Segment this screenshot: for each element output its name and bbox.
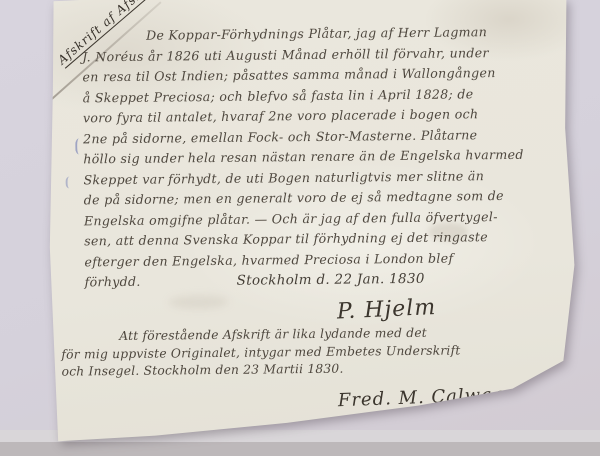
notary-seal: L.S. <box>452 397 531 447</box>
dateline: Stockholm d. 22 Jan. 1830 <box>237 269 425 291</box>
notary-title: Not. Publ. <box>382 416 449 432</box>
paper-stain <box>169 295 229 310</box>
letter-body: De Koppar-Förhydnings Plåtar, jag af Her… <box>82 21 571 293</box>
closing-word: förhydd. <box>85 272 141 293</box>
notary-attestation: Att förestående Afskrift är lika lydande… <box>61 323 562 381</box>
signature-hjelm: P. Hjelm <box>336 295 436 324</box>
paper-sheet: Afskrift af Afskrift De Koppar-Förhydnin… <box>46 0 577 453</box>
paper-sheet-wrap: Afskrift af Afskrift De Koppar-Förhydnin… <box>48 0 574 450</box>
signature-calwagen: Fred. M. Calwagen <box>338 383 530 411</box>
seal-initials: L.S. <box>480 414 504 430</box>
document-photo: Afskrift af Afskrift De Koppar-Förhydnin… <box>0 0 600 456</box>
blue-ink-mark <box>66 176 76 188</box>
